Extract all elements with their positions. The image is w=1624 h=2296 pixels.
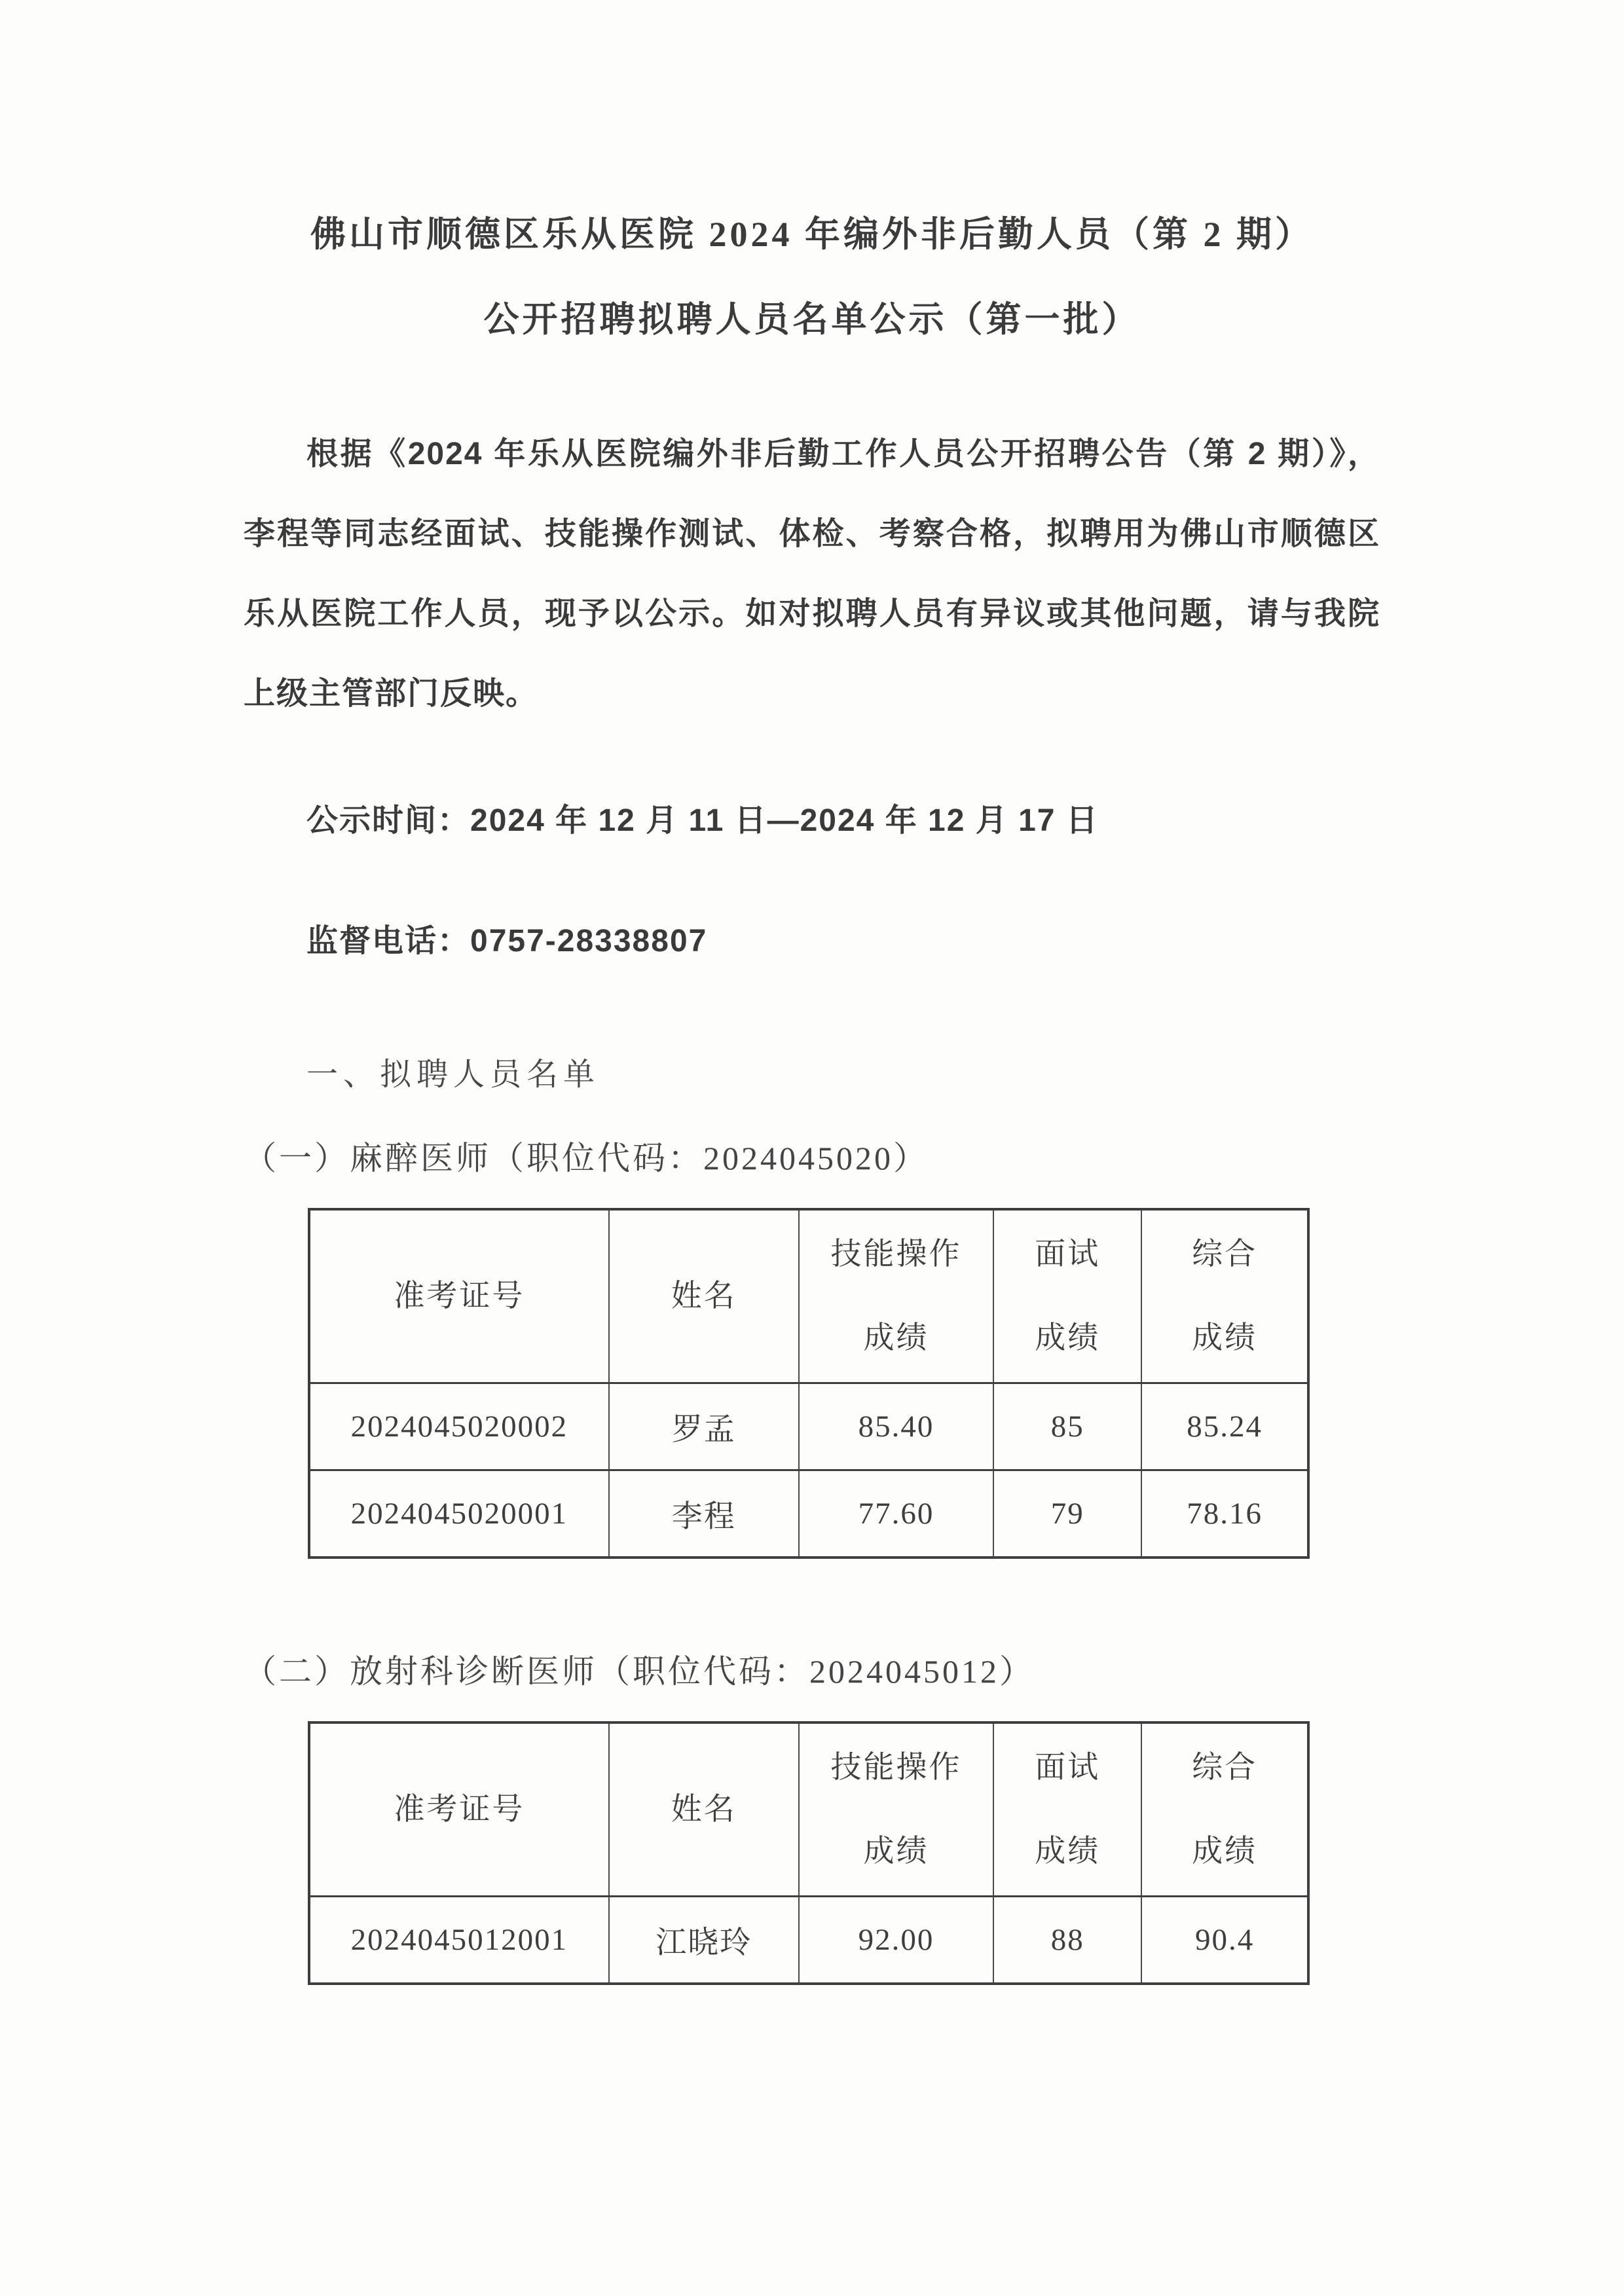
table-header-cell: 综合 成绩 bbox=[1141, 1209, 1308, 1383]
table-cell: 85 bbox=[993, 1383, 1141, 1470]
table-cell: 85.40 bbox=[799, 1383, 994, 1470]
results-table-anesthesiologist: 准考证号姓名技能操作 成绩面试 成绩综合 成绩2024045020002罗孟85… bbox=[308, 1208, 1310, 1559]
table-header-cell: 技能操作 成绩 bbox=[799, 1209, 994, 1383]
table-cell: 92.00 bbox=[799, 1897, 994, 1984]
table-header-cell: 面试 成绩 bbox=[993, 1722, 1141, 1897]
section-heading-candidate-list: 一、拟聘人员名单 bbox=[244, 1055, 1380, 1095]
table-header-row: 准考证号姓名技能操作 成绩面试 成绩综合 成绩 bbox=[309, 1209, 1308, 1383]
position-heading: （一）麻醉医师（职位代码：2024045020） bbox=[244, 1137, 1380, 1179]
table-cell: 88 bbox=[993, 1897, 1141, 1984]
table-header-cell: 准考证号 bbox=[309, 1722, 609, 1897]
table-header-row: 准考证号姓名技能操作 成绩面试 成绩综合 成绩 bbox=[309, 1722, 1308, 1897]
table-cell: 李程 bbox=[609, 1470, 799, 1558]
table-header-cell: 综合 成绩 bbox=[1141, 1722, 1308, 1897]
table-cell: 78.16 bbox=[1141, 1470, 1308, 1558]
table-header-cell: 姓名 bbox=[609, 1722, 799, 1897]
table-cell: 85.24 bbox=[1141, 1383, 1308, 1470]
document-title-line-1: 佛山市顺德区乐从医院 2024 年编外非后勤人员（第 2 期） bbox=[244, 213, 1380, 256]
table-cell: 77.60 bbox=[799, 1470, 994, 1558]
table-row: 2024045012001江晓玲92.008890.4 bbox=[309, 1897, 1308, 1984]
document-page: 佛山市顺德区乐从医院 2024 年编外非后勤人员（第 2 期） 公开招聘拟聘人员… bbox=[0, 0, 1624, 2296]
table-header-cell: 姓名 bbox=[609, 1209, 799, 1383]
table-cell: 江晓玲 bbox=[609, 1897, 799, 1984]
intro-paragraph: 根据《2024 年乐从医院编外非后勤工作人员公开招聘公告（第 2 期）》，李程等… bbox=[244, 414, 1380, 734]
table-header-cell: 技能操作 成绩 bbox=[799, 1722, 994, 1897]
publicity-period: 公示时间：2024 年 12 月 11 日—2024 年 12 月 17 日 bbox=[244, 801, 1380, 841]
table-cell: 79 bbox=[993, 1470, 1141, 1558]
table-row: 2024045020001李程77.607978.16 bbox=[309, 1470, 1308, 1558]
position-section-radiology-diagnostician: （二）放射科诊断医师（职位代码：2024045012） 准考证号姓名技能操作 成… bbox=[244, 1650, 1380, 1985]
table-header-cell: 准考证号 bbox=[309, 1209, 609, 1383]
table-cell: 2024045012001 bbox=[309, 1897, 609, 1984]
table-cell: 罗孟 bbox=[609, 1383, 799, 1470]
table-cell: 2024045020002 bbox=[309, 1383, 609, 1470]
results-table-radiology-diagnostician: 准考证号姓名技能操作 成绩面试 成绩综合 成绩2024045012001江晓玲9… bbox=[308, 1721, 1310, 1985]
position-section-anesthesiologist: （一）麻醉医师（职位代码：2024045020） 准考证号姓名技能操作 成绩面试… bbox=[244, 1137, 1380, 1559]
supervision-phone: 监督电话：0757-28338807 bbox=[244, 921, 1380, 962]
table-header-cell: 面试 成绩 bbox=[993, 1209, 1141, 1383]
document-title-line-2: 公开招聘拟聘人员名单公示（第一批） bbox=[244, 298, 1380, 341]
table-cell: 90.4 bbox=[1141, 1897, 1308, 1984]
table-row: 2024045020002罗孟85.408585.24 bbox=[309, 1383, 1308, 1470]
table-cell: 2024045020001 bbox=[309, 1470, 609, 1558]
position-heading: （二）放射科诊断医师（职位代码：2024045012） bbox=[244, 1650, 1380, 1692]
